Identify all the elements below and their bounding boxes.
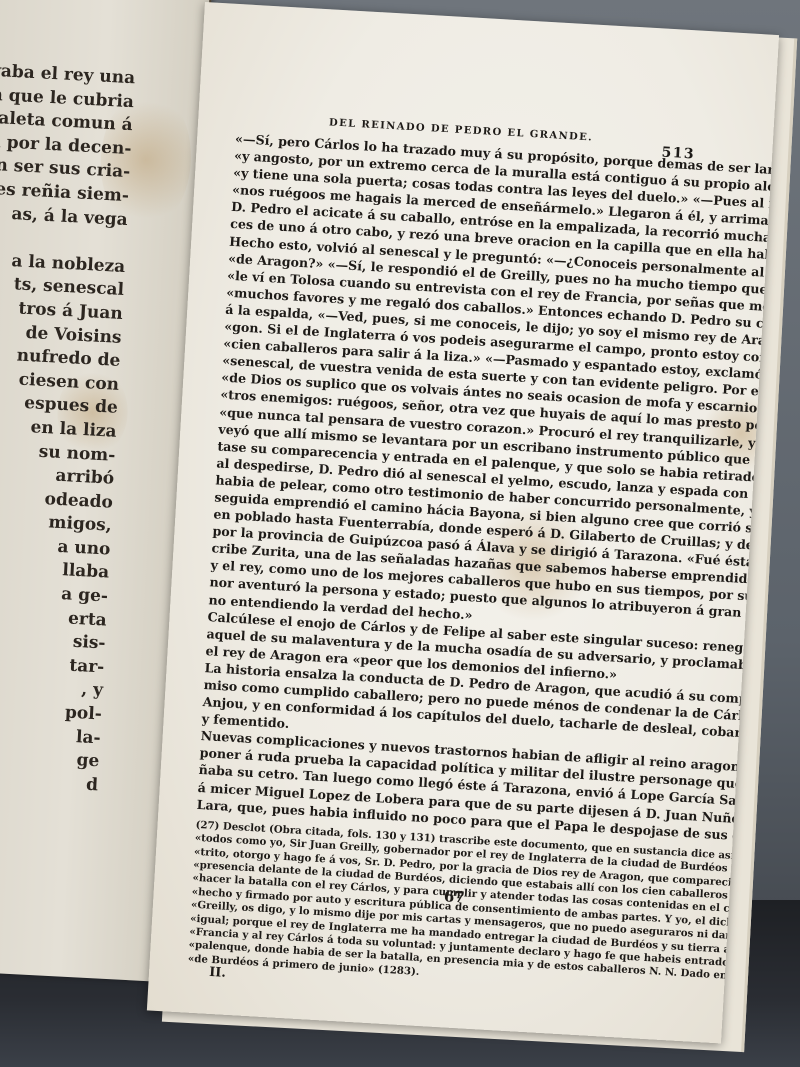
footnote: (27) Desclot (Obra citada, fols. 130 y 1… xyxy=(187,819,645,992)
left-page-text: vaba el rey unan que le cubriamaleta com… xyxy=(0,59,136,798)
right-page: DEL REINADO DE PEDRO EL GRANDE. 513 «—Sí… xyxy=(147,2,779,1043)
page-number: 513 xyxy=(661,145,695,163)
folio-number: 67 xyxy=(443,887,465,906)
page-content: DEL REINADO DE PEDRO EL GRANDE. 513 «—Sí… xyxy=(187,112,686,1005)
body-text: «—Sí, pero Cárlos lo ha trazado muy á su… xyxy=(196,130,685,839)
